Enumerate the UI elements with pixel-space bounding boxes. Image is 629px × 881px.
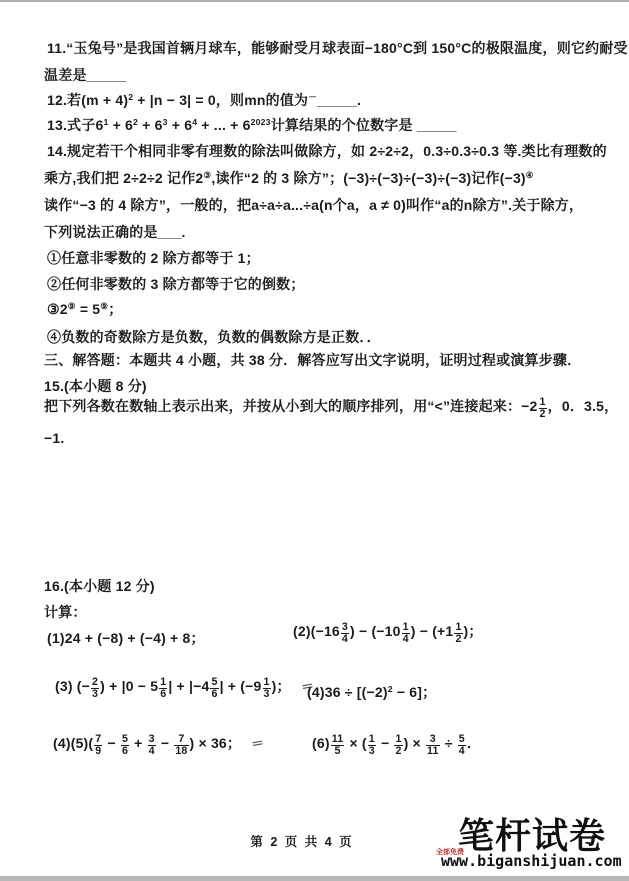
- question-14-statement-2: ②任何非零数的 3 除方都等于它的倒数；: [47, 274, 305, 294]
- question-16-title: 16.(本小题 12 分): [44, 576, 155, 596]
- brand-url-text: www.biganshijuan.com: [441, 852, 622, 870]
- question-14-line4-blank: 下列说法正确的是___.: [44, 222, 186, 242]
- question-14-statement-1: ①任意非零数的 2 除方都等于 1；: [47, 248, 260, 268]
- question-12: 12.若(m + 4)2 + |n − 3| = 0，则mn的值为－_____.: [47, 90, 361, 110]
- pencil-equals-mark: ＝: [250, 732, 266, 753]
- section-3-header: 三、解答题：本题共 4 小题，共 38 分．解答应写出文字说明，证明过程或演算步…: [44, 350, 581, 370]
- calc-item-4: (4)36 ÷ [(−2)2 − 6]；: [307, 682, 436, 702]
- question-14-statement-4: ④负数的奇数除方是负数，负数的偶数除方是正数．．: [47, 327, 381, 347]
- question-14-line1: 14.规定若干个相同非零有理数的除法叫做除方，如 2÷2÷2，0.3÷0.3÷0…: [47, 141, 607, 161]
- exam-page: 11.“玉兔号”是我国首辆月球车，能够耐受月球表面−180°C到 150°C的极…: [0, 0, 629, 881]
- question-15-body: 把下列各数在数轴上表示出来，并按从小到大的顺序排列，用“<”连接起来：−212，…: [44, 396, 618, 421]
- question-14-line3: 读作“−3 的 4 除方”，一般的，把a÷a÷a...÷a(n个a，a ≠ 0)…: [44, 195, 583, 215]
- calc-item-6: (6)115 × (13 − 12) × 311 ÷ 54．: [312, 733, 481, 758]
- question-15-body-cont: −1.: [44, 430, 64, 446]
- question-15-title: 15.(本小题 8 分): [44, 376, 147, 396]
- calc-item-3: (3) (−23) + |0 − 516| + |−456| + (−913)；…: [55, 676, 314, 701]
- question-13: 13.式子61 + 62 + 63 + 64 + ... + 62023计算结果…: [47, 115, 457, 135]
- question-14-line2: 乘方,我们把 2÷2÷2 记作2③,读作“2 的 3 除方”；(−3)÷(−3)…: [44, 168, 534, 188]
- scan-artifact-top-edge: [0, 0, 629, 2]
- question-14-statement-3: ③2⑨ = 5⑨；: [47, 299, 122, 319]
- scan-artifact-bottom-edge: [0, 876, 629, 881]
- calc-item-5: (4)(5)(79 − 56 + 34 − 718) × 36；＝: [53, 733, 264, 758]
- calc-item-1: (1)24 + (−8) + (−4) + 8；: [47, 628, 205, 648]
- calc-item-2: (2)(−1634) − (−1014) − (+112)；: [293, 621, 483, 646]
- question-16-calc-label: 计算：: [44, 602, 87, 622]
- question-11-line2-blank: 温差是_____: [44, 65, 127, 85]
- question-11-line1: 11.“玉兔号”是我国首辆月球车，能够耐受月球表面−180°C到 150°C的极…: [47, 38, 628, 58]
